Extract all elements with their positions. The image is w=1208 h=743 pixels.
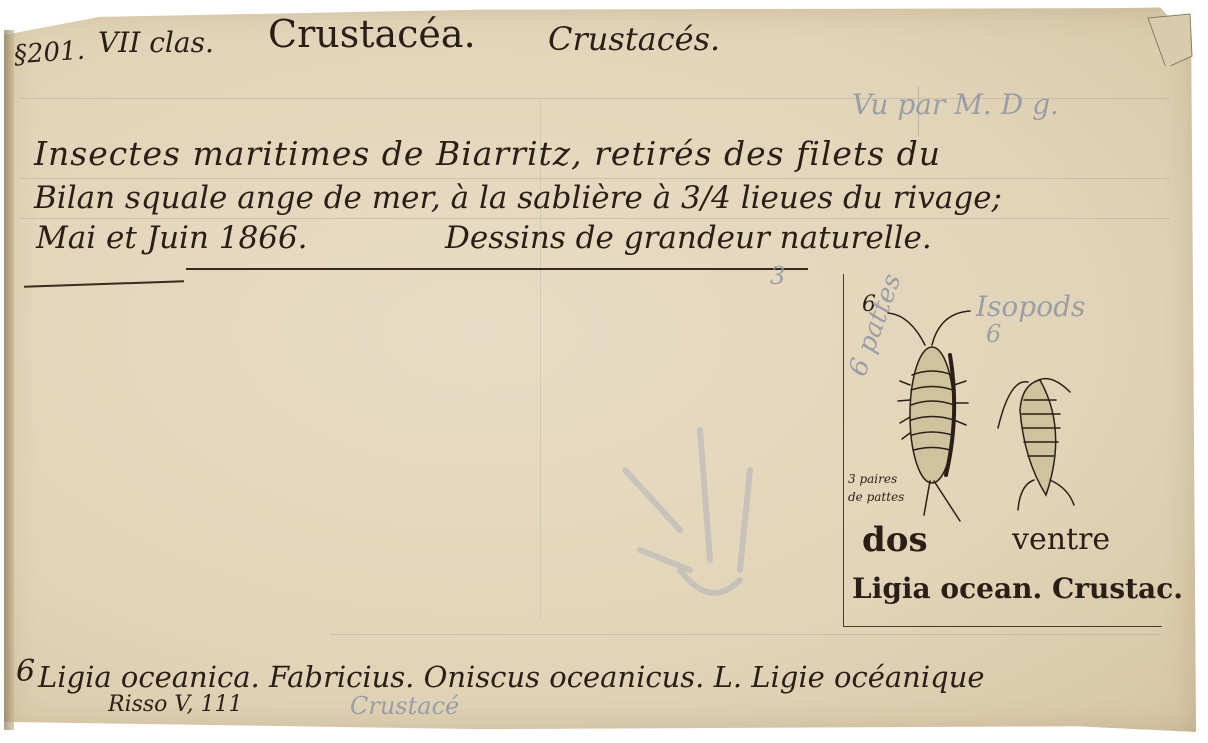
footer-reference: Risso V, 111 [108, 692, 242, 717]
ruled-line [20, 218, 1170, 219]
pencil-note-top: Vu par M. D g. [852, 88, 1059, 121]
footer-number: 6 [16, 654, 35, 689]
isopod-ventral-drawing [990, 370, 1080, 520]
ruled-line [330, 634, 1160, 635]
description-line-2: Bilan squale ange de mer, à la sablière … [34, 180, 1002, 216]
description-date: Mai et Juin 1866. [36, 220, 308, 256]
pencil-six: 6 [986, 320, 1001, 348]
figure-caption: Ligia ocean. Crustac. [852, 572, 1183, 605]
label-ventral: ventre [1012, 522, 1110, 557]
footer-pencil-note: Crustacé [350, 692, 459, 720]
pencil-isopods: Isopods [976, 290, 1085, 323]
page-binding-edge [4, 30, 14, 730]
folded-corner [1144, 8, 1194, 66]
ruled-line [20, 178, 1170, 179]
description-line-1: Insectes maritimes de Biarritz, retirés … [34, 134, 941, 173]
section-number: §201. [13, 36, 86, 71]
isopod-dorsal-drawing [880, 305, 980, 525]
ink-rule-underline [186, 268, 808, 270]
description-note: Dessins de grandeur naturelle. [445, 220, 932, 256]
ruled-column-line [540, 100, 541, 620]
class-label: VII clas. [98, 26, 214, 59]
pencil-mark: 3 [770, 262, 785, 290]
footer-species: Ligia oceanica. Fabricius. Oniscus ocean… [38, 660, 985, 694]
title-latin: Crustacéa. [268, 12, 476, 56]
title-french: Crustacés. [548, 20, 720, 58]
label-dorsal: dos [862, 520, 928, 560]
faint-pencil-sketch [600, 410, 800, 610]
